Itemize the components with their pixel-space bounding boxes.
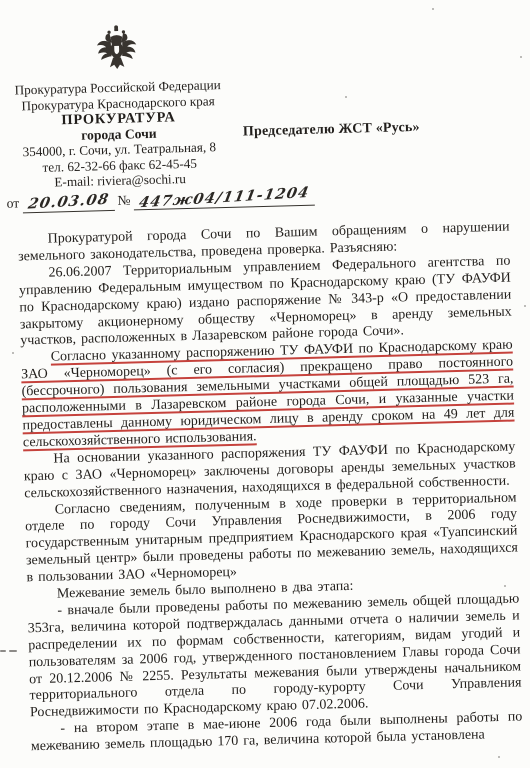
scan-speckle (12, 352, 14, 354)
letterhead: Прокуратура Российской Федерации Прокура… (0, 21, 238, 192)
number-fill-line: 447ж04/111-1204 (133, 187, 315, 211)
paragraph-5: Согласно сведениям, полученным в ходе пр… (25, 490, 519, 587)
margin-pen-dash (9, 650, 17, 652)
date-fill-line: 20.03.08 (22, 192, 115, 213)
scan-speckle (432, 8, 434, 10)
addressee: Председателю ЖСТ «Русь» (243, 120, 420, 141)
scan-speckle (345, 96, 347, 98)
scan-speckle (520, 56, 522, 58)
paragraph-2: 26.06.2007 Территориальным управлением Ф… (18, 253, 512, 350)
paragraph-3-red-underlined: Согласно указанному распоряжению ТУ ФАУФ… (21, 338, 515, 452)
scan-content: Прокуратура Российской Федерации Прокура… (0, 0, 530, 768)
handwritten-number: 447ж04/111-1204 (137, 184, 311, 211)
scanned-letter-page: Прокуратура Российской Федерации Прокура… (0, 0, 530, 768)
paragraph-7: - вначале были проведены работы по межев… (27, 591, 522, 722)
scan-speckle (498, 756, 500, 758)
letter-body: Прокуратурой города Сочи по Вашим обраще… (17, 220, 523, 757)
date-label: от (6, 195, 19, 210)
scan-speckle (524, 305, 526, 307)
handwritten-date: 20.03.08 (26, 191, 110, 213)
margin-pen-dash (0, 650, 6, 652)
scan-speckle (60, 742, 62, 744)
number-label: № (117, 193, 130, 208)
russian-coat-of-arms-icon (92, 23, 141, 76)
scan-speckle (504, 585, 506, 587)
